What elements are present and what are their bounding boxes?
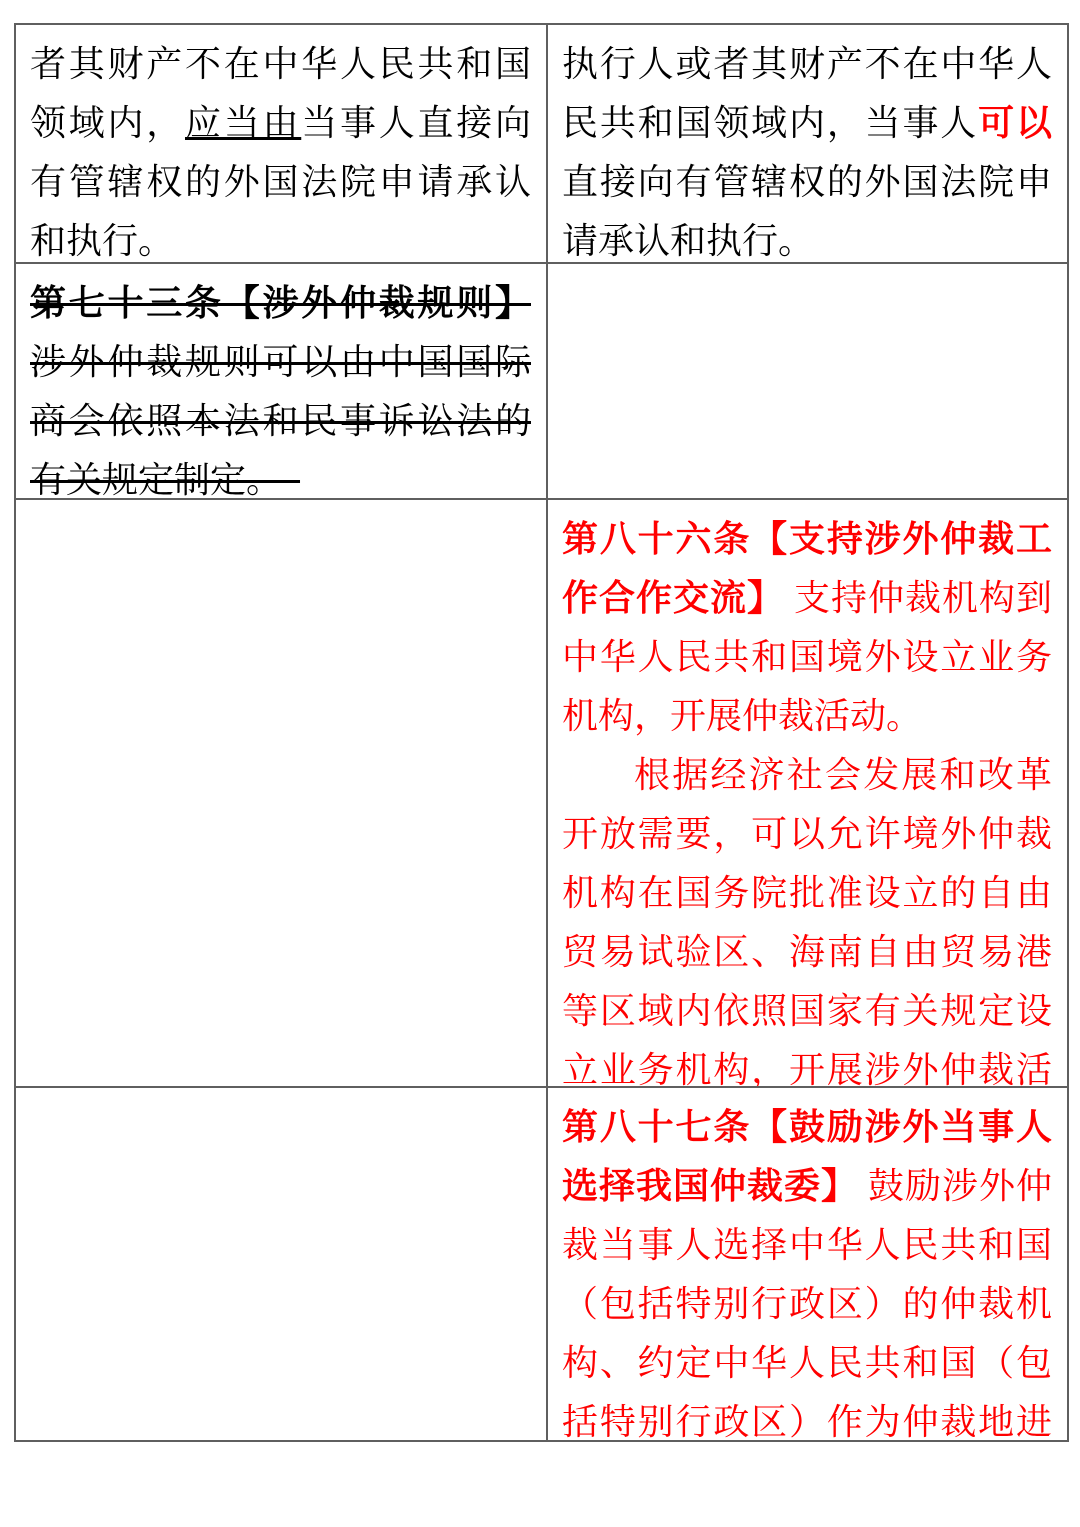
old-text-row1-content: 者其财产不在中华人民共和国领域内，应当由当事人直接向有管辖权的外国法院申请承认和… xyxy=(30,35,531,262)
table-row-4: 第八十七条【鼓励涉外当事人选择我国仲裁委】 鼓励涉外仲裁当事人选择中华人民共和国… xyxy=(15,1087,1068,1441)
new-text-cell-row2-empty xyxy=(547,263,1068,499)
old-text-cell-row2: 第七十三条【涉外仲裁规则】 涉外仲裁规则可以由中国国际商会依照本法和民事诉讼法的… xyxy=(15,263,547,499)
new-article-paragraph-1: 第八十六条【支持涉外仲裁工作合作交流】 支持仲裁机构到中华人民共和国境外设立业务… xyxy=(562,510,1052,746)
text-segment: 涉外仲裁规则可以由中国国际商会依照本法和民事诉讼法的有关规定制定。 xyxy=(30,342,531,498)
new-text-paragraph: 执行人或者其财产不在中华人民共和国领域内，当事人可以直接向有管辖权的外国法院申请… xyxy=(562,35,1052,262)
new-text-cell-row3: 第八十六条【支持涉外仲裁工作合作交流】 支持仲裁机构到中华人民共和国境外设立业务… xyxy=(547,499,1068,1087)
new-article-87-content: 第八十七条【鼓励涉外当事人选择我国仲裁委】 鼓励涉外仲裁当事人选择中华人民共和国… xyxy=(562,1098,1052,1440)
law-comparison-table: 者其财产不在中华人民共和国领域内，应当由当事人直接向有管辖权的外国法院申请承认和… xyxy=(14,23,1069,1442)
comparison-table-container: 者其财产不在中华人民共和国领域内，应当由当事人直接向有管辖权的外国法院申请承认和… xyxy=(14,23,1069,1442)
table-row-3: 第八十六条【支持涉外仲裁工作合作交流】 支持仲裁机构到中华人民共和国境外设立业务… xyxy=(15,499,1068,1087)
deleted-article-paragraph: 第七十三条【涉外仲裁规则】 涉外仲裁规则可以由中国国际商会依照本法和民事诉讼法的… xyxy=(30,274,531,498)
table-row-1: 者其财产不在中华人民共和国领域内，应当由当事人直接向有管辖权的外国法院申请承认和… xyxy=(15,24,1068,263)
old-text-cell-row1: 者其财产不在中华人民共和国领域内，应当由当事人直接向有管辖权的外国法院申请承认和… xyxy=(15,24,547,263)
empty-cell-content xyxy=(30,510,531,1086)
new-article-paragraph-2: 根据经济社会发展和改革开放需要，可以允许境外仲裁机构在国务院批准设立的自由贸易试… xyxy=(562,746,1052,1086)
empty-cell-content xyxy=(562,274,1052,498)
text-segment: 鼓励涉外仲裁当事人选择中华人民共和国（包括特别行政区）的仲裁机构、约定中华人民共… xyxy=(562,1166,1052,1440)
old-text-cell-row4-empty xyxy=(15,1087,547,1441)
revision-emphasis-text: 可以 xyxy=(978,103,1052,143)
new-text-cell-row1: 执行人或者其财产不在中华人民共和国领域内，当事人可以直接向有管辖权的外国法院申请… xyxy=(547,24,1068,263)
new-article-86-content: 第八十六条【支持涉外仲裁工作合作交流】 支持仲裁机构到中华人民共和国境外设立业务… xyxy=(562,510,1052,1086)
deleted-article-content: 第七十三条【涉外仲裁规则】 涉外仲裁规则可以由中国国际商会依照本法和民事诉讼法的… xyxy=(30,274,531,498)
text-segment: 根据经济社会发展和改革开放需要，可以允许境外仲裁机构在国务院批准设立的自由贸易试… xyxy=(562,755,1052,1086)
new-text-row1-content: 执行人或者其财产不在中华人民共和国领域内，当事人可以直接向有管辖权的外国法院申请… xyxy=(562,35,1052,262)
underlined-text-segment: 应当由 xyxy=(185,103,301,143)
new-text-cell-row4: 第八十七条【鼓励涉外当事人选择我国仲裁委】 鼓励涉外仲裁当事人选择中华人民共和国… xyxy=(547,1087,1068,1441)
new-article-paragraph: 第八十七条【鼓励涉外当事人选择我国仲裁委】 鼓励涉外仲裁当事人选择中华人民共和国… xyxy=(562,1098,1052,1440)
table-row-2: 第七十三条【涉外仲裁规则】 涉外仲裁规则可以由中国国际商会依照本法和民事诉讼法的… xyxy=(15,263,1068,499)
text-segment: 直接向有管辖权的外国法院申请承认和执行。 xyxy=(562,162,1052,261)
empty-cell-content xyxy=(30,1098,531,1440)
old-text-paragraph: 者其财产不在中华人民共和国领域内，应当由当事人直接向有管辖权的外国法院申请承认和… xyxy=(30,35,531,262)
article-heading: 第七十三条【涉外仲裁规则】 xyxy=(30,283,531,323)
old-text-cell-row3-empty xyxy=(15,499,547,1087)
